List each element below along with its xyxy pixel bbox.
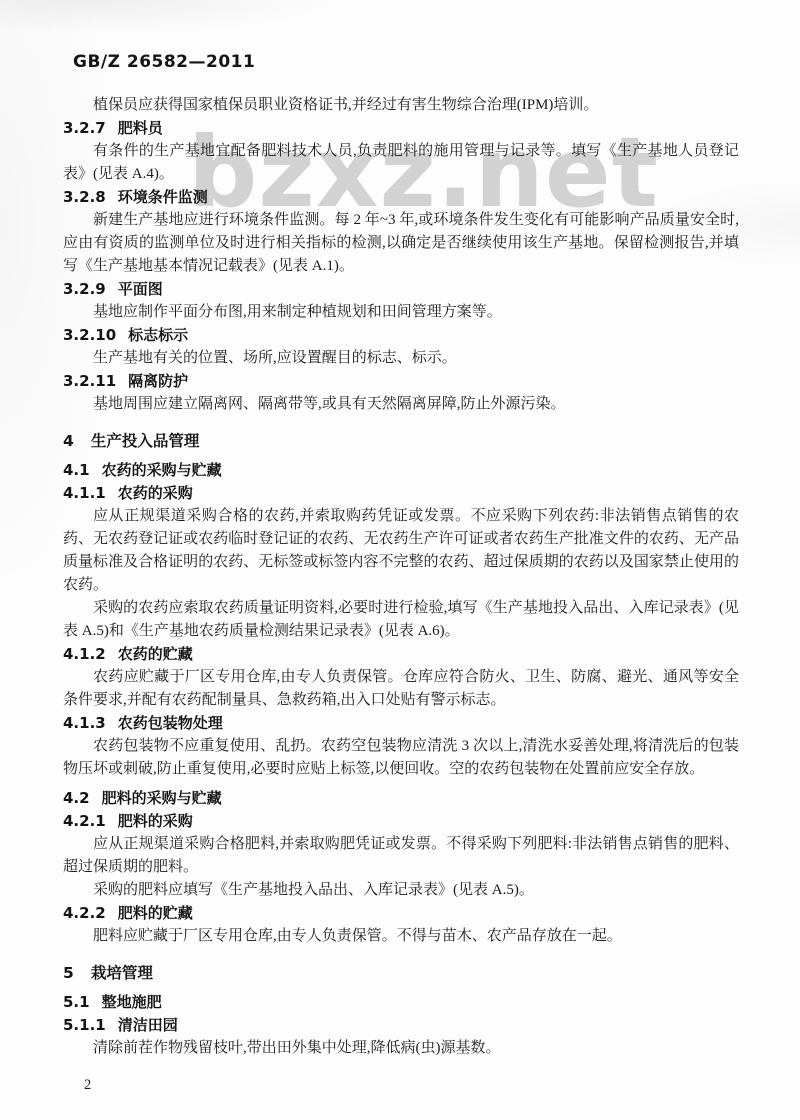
clause-number: 4.1.3: [63, 714, 106, 732]
paragraph-pesticide-packaging: 农药包装物不应重复使用、乱扔。农药空包装物应清洗 3 次以上,清洗水妥善处理,将…: [63, 735, 739, 781]
clause-title: 农药的贮藏: [118, 645, 193, 663]
heading-5-1: 5.1整地施肥: [63, 991, 739, 1014]
clause-title: 隔离防护: [128, 372, 188, 390]
chapter-number: 4: [63, 432, 74, 450]
standard-number: GB/Z 26582—2011: [73, 52, 739, 72]
paragraph-fertilizer-purchase: 应从正规渠道采购合格肥料,并索取购肥凭证或发票。不得采购下列肥料:非法销售点销售…: [63, 833, 739, 879]
chapter-title: 生产投入品管理: [91, 432, 200, 450]
heading-4-1-2: 4.1.2农药的贮藏: [63, 643, 739, 666]
heading-4-2-2: 4.2.2肥料的贮藏: [63, 902, 739, 925]
clause-number: 4.1.2: [63, 645, 106, 663]
heading-4-2-1: 4.2.1肥料的采购: [63, 810, 739, 833]
heading-4-2: 4.2肥料的采购与贮藏: [63, 787, 739, 810]
section-number: 4.1: [63, 461, 90, 479]
document-body: 植保员应获得国家植保员职业资格证书,并经过有害生物综合治理(IPM)培训。 3.…: [63, 94, 739, 1060]
heading-3-2-8: 3.2.8环境条件监测: [63, 186, 739, 209]
clause-number: 3.2.9: [63, 280, 106, 298]
heading-3-2-9: 3.2.9平面图: [63, 278, 739, 301]
heading-3-2-7: 3.2.7肥料员: [63, 117, 739, 140]
chapter-title: 栽培管理: [91, 964, 153, 982]
clause-title: 标志标示: [128, 326, 188, 344]
paragraph-pesticide-quality-record: 采购的农药应索取农药质量证明资料,必要时进行检验,填写《生产基地投入品出、入库记…: [63, 597, 739, 643]
paragraph-isolation: 基地周围应建立隔离网、隔离带等,或具有天然隔离屏障,防止外源污染。: [63, 393, 739, 416]
clause-title: 环境条件监测: [118, 188, 208, 206]
clause-title: 农药的采购: [118, 484, 193, 502]
section-title: 农药的采购与贮藏: [102, 461, 222, 479]
clause-number: 3.2.10: [63, 326, 116, 344]
clause-title: 肥料的贮藏: [118, 904, 193, 922]
section-number: 4.2: [63, 789, 90, 807]
heading-chapter-4: 4生产投入品管理: [63, 430, 739, 453]
heading-chapter-5: 5栽培管理: [63, 962, 739, 985]
section-title: 整地施肥: [102, 993, 162, 1011]
heading-4-1: 4.1农药的采购与贮藏: [63, 459, 739, 482]
paragraph-fertilizer-record: 采购的肥料应填写《生产基地投入品出、入库记录表》(见表 A.5)。: [63, 879, 739, 902]
heading-5-1-1: 5.1.1清洁田园: [63, 1014, 739, 1037]
section-number: 5.1: [63, 993, 90, 1011]
clause-number: 3.2.7: [63, 119, 106, 137]
page-number: 2: [84, 1077, 91, 1094]
clause-title: 平面图: [118, 280, 163, 298]
paragraph-pesticide-purchase: 应从正规渠道采购合格的农药,并索取购药凭证或发票。不应采购下列农药:非法销售点销…: [63, 505, 739, 597]
paragraph-fertilizer-staff: 有条件的生产基地宜配备肥料技术人员,负责肥料的施用管理与记录等。填写《生产基地人…: [63, 140, 739, 186]
paragraph-pesticide-storage: 农药应贮藏于厂区专用仓库,由专人负责保管。仓库应符合防火、卫生、防腐、避光、通风…: [63, 666, 739, 712]
heading-3-2-11: 3.2.11隔离防护: [63, 370, 739, 393]
clause-title: 清洁田园: [118, 1016, 178, 1034]
paragraph-field-cleaning: 清除前茬作物残留枝叶,带出田外集中处理,降低病(虫)源基数。: [63, 1037, 739, 1060]
clause-number: 3.2.8: [63, 188, 106, 206]
section-title: 肥料的采购与贮藏: [102, 789, 222, 807]
document-content: GB/Z 26582—2011 植保员应获得国家植保员职业资格证书,并经过有害生…: [63, 52, 739, 1060]
clause-number: 5.1.1: [63, 1016, 106, 1034]
heading-4-1-3: 4.1.3农药包装物处理: [63, 712, 739, 735]
heading-3-2-10: 3.2.10标志标示: [63, 324, 739, 347]
chapter-number: 5: [63, 964, 74, 982]
clause-title: 农药包装物处理: [118, 714, 223, 732]
paragraph-plan-map: 基地应制作平面分布图,用来制定种植规划和田间管理方案等。: [63, 301, 739, 324]
clause-number: 4.2.2: [63, 904, 106, 922]
clause-title: 肥料员: [118, 119, 163, 137]
clause-number: 3.2.11: [63, 372, 116, 390]
paragraph-environment-monitoring: 新建生产基地应进行环境条件监测。每 2 年~3 年,或环境条件发生变化有可能影响…: [63, 209, 739, 278]
clause-number: 4.2.1: [63, 812, 106, 830]
scanned-document-page: bzxz.net GB/Z 26582—2011 植保员应获得国家植保员职业资格…: [0, 0, 800, 1120]
paragraph-signage: 生产基地有关的位置、场所,应设置醒目的标志、标示。: [63, 347, 739, 370]
paragraph-fertilizer-storage: 肥料应贮藏于厂区专用仓库,由专人负责保管。不得与苗木、农产品存放在一起。: [63, 925, 739, 948]
clause-number: 4.1.1: [63, 484, 106, 502]
paragraph-plant-protection: 植保员应获得国家植保员职业资格证书,并经过有害生物综合治理(IPM)培训。: [63, 94, 739, 117]
heading-4-1-1: 4.1.1农药的采购: [63, 482, 739, 505]
clause-title: 肥料的采购: [118, 812, 193, 830]
